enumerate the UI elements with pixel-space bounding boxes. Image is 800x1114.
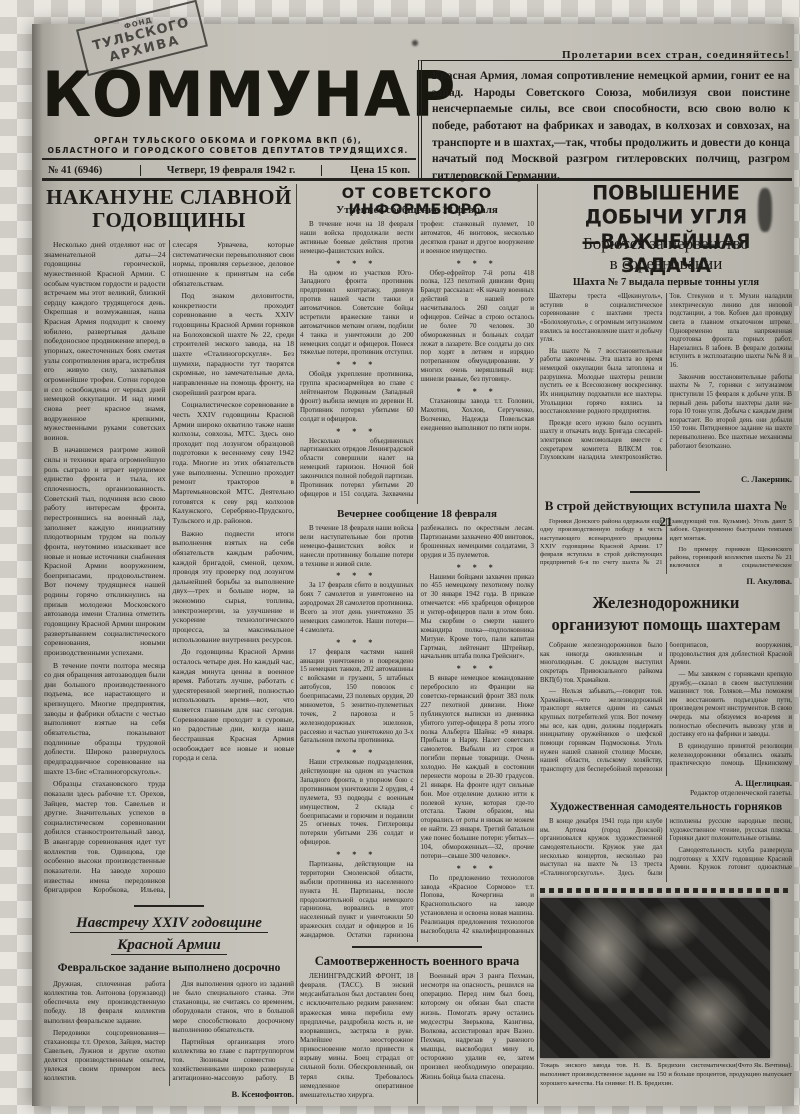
article-body-mine21: Горняки Донского района одержали еще одн… <box>540 518 792 574</box>
paragraph: В течение 18 февраля наши войска вели на… <box>300 524 414 568</box>
issue-date: Четверг, 19 февраля 1942 г. <box>140 165 322 176</box>
article-body-coal: Шахтеры треста «Щекинуголь», вступив в с… <box>540 293 792 471</box>
issue-number: № 41 (6946) <box>42 165 140 176</box>
newspaper-scan-page: { "masthead": { "stamp_line0": "ФОНД", "… <box>0 0 800 1114</box>
article-title-railway: Железнодорожники организуют помощь шахте… <box>540 592 792 636</box>
morning-report-heading: Утреннее сообщение 18 февраля <box>300 204 534 216</box>
title-line: НАКАНУНЕ СЛАВНОЙ <box>44 186 294 209</box>
byline-akulova: П. Акулова. <box>540 576 800 586</box>
kicker-text: Красной Армии <box>111 937 226 955</box>
star-separator: * * * <box>421 387 535 396</box>
paragraph: Для выполнения одного из заданий не было… <box>173 980 295 1035</box>
paragraph: В течение ночи на 18 февраля наши войска… <box>300 220 414 256</box>
star-separator: * * * <box>300 360 414 369</box>
article-title-amateur-art: Художественная самодеятельность горняков <box>540 801 792 813</box>
title-line: ПОВЫШЕНИЕ ДОБЫЧИ УГЛЯ <box>540 182 792 230</box>
kicker-text: Навстречу XXIV годовщине <box>70 915 268 933</box>
byline-ksenofontov: В. Ксенофонтов. <box>44 1089 304 1099</box>
paragraph: За 17 февраля сбито в воздушных боях 7 с… <box>300 581 414 634</box>
paragraph: Военный врач 3 ранга Пехман, несмотря на… <box>421 972 535 1082</box>
paragraph: В начавшемся разгроме живой силы и техни… <box>44 445 166 657</box>
section-rule <box>134 905 204 907</box>
paragraph: На шахте № 7 восстановительные работы за… <box>540 348 663 417</box>
star-separator: * * * <box>300 638 414 647</box>
paragraph: На одном из участков Юго-Западного фронт… <box>300 269 414 358</box>
paragraph: Стахановцы завода т.т. Головин, Махотин,… <box>421 397 535 433</box>
morning-report-body: В течение ночи на 18 февраля наши войска… <box>300 220 534 504</box>
front-page-lead: Красная Армия, ломая сопротивление немец… <box>418 60 792 178</box>
article-body-military-doctor: ЛЕНИНГРАДСКИЙ ФРОНТ, 18 февраля. (ТАСС).… <box>300 972 534 1104</box>
paragraph: Несколько дней отделяют нас от знаменате… <box>44 240 166 442</box>
evening-report-body: В течение 18 февраля наши войска вели на… <box>300 524 534 942</box>
paragraph: ЛЕНИНГРАДСКИЙ ФРОНТ, 18 февраля. (ТАСС).… <box>300 972 414 1100</box>
paragraph: Передовики соцсоревнования—стахановцы т.… <box>44 1029 166 1084</box>
article-body-anniversary: Несколько дней отделяют нас от знаменате… <box>44 240 294 898</box>
star-separator: * * * <box>300 748 414 757</box>
star-separator: * * * <box>300 259 414 268</box>
paragraph: В течение почти полтора месяца со дня об… <box>44 661 166 777</box>
article-body-amateur-art: В конце декабря 1941 года при клубе им. … <box>540 818 792 882</box>
paragraph: Обойдя укрепление противника, группа кра… <box>300 370 414 423</box>
column-divider <box>537 184 538 1104</box>
byline-role: Редактор отделенческой газеты. <box>540 788 796 797</box>
star-separator: * * * <box>300 571 414 580</box>
paragraph: Дружная, сплоченная работа коллектива то… <box>44 980 166 1026</box>
article-body-railway: Собрание железнодорожников было как нико… <box>540 642 792 776</box>
star-separator: * * * <box>300 850 414 859</box>
paragraph: Собрание железнодорожников было как нико… <box>540 642 663 685</box>
evening-report-heading: Вечернее сообщение 18 февраля <box>300 508 534 520</box>
paragraph: 17 февраля частями нашей авиации уничтож… <box>300 648 414 746</box>
column-divider <box>296 184 297 1104</box>
paragraph: Обер-ефрейтор 7-й роты 418 полка, 123 пе… <box>421 269 535 384</box>
issue-info-bar: № 41 (6946) Четверг, 19 февраля 1942 г. … <box>42 158 416 180</box>
star-separator: * * * <box>421 259 535 268</box>
byline-lakernik: С. Лакерник. <box>540 474 800 484</box>
kicker-line: Красной Армии <box>44 937 294 954</box>
article-title-february-task: Февральское задание выполнено досрочно <box>44 962 294 974</box>
article-body-february-task: Дружная, сплоченная работа коллектива то… <box>44 980 294 1086</box>
paragraph: Социалистическое соревнование в честь XX… <box>173 400 295 525</box>
subtitle-line: Борются за первенство <box>540 234 792 254</box>
photo-caption: (Фото Як. Вечтина). Токарь энского завод… <box>540 1062 792 1089</box>
section-rule <box>630 491 700 493</box>
paragraph: Шахтеры треста «Щекинуголь», вступив в с… <box>540 293 663 345</box>
title-line: Железнодорожники <box>540 592 792 614</box>
star-separator: * * * <box>421 864 535 873</box>
kicker-line: Навстречу XXIV годовщине <box>44 915 294 932</box>
photo-worker-at-lathe <box>540 898 770 1058</box>
paragraph: Важно подвести итоги выполнения взятых н… <box>173 529 295 645</box>
issue-price: Цена 15 коп. <box>322 165 416 176</box>
paragraph: Нашими бойцами захвачен приказ по 455 не… <box>421 573 535 662</box>
section-rule <box>352 946 482 948</box>
newspaper-subtitle: ОРГАН ТУЛЬСКОГО ОБКОМА И ГОРКОМА ВКП (б)… <box>40 136 416 156</box>
paragraph: До годовщины Красной Армии осталось четы… <box>173 647 295 763</box>
subtitle-line: ОБЛАСТНОГО И ГОРОДСКОГО СОВЕТОВ ДЕПУТАТО… <box>40 146 416 156</box>
title-line: организуют помощь шахтерам <box>540 614 792 636</box>
paragraph: Закончив восстановительные работы шахты … <box>670 374 793 452</box>
photo-credit: (Фото Як. Вечтина). <box>736 1062 792 1071</box>
wavy-rule <box>540 888 792 893</box>
byline-shcheglitskaya: А. Щеглицкая. <box>540 778 800 788</box>
star-separator: * * * <box>421 563 535 572</box>
article-subhead-mine7: Шахта № 7 выдала первые тонны угля <box>540 277 792 288</box>
star-separator: * * * <box>421 664 535 673</box>
subtitle-line: в соревновании <box>540 254 792 274</box>
article-title-anniversary: НАКАНУНЕ СЛАВНОЙ ГОДОВЩИНЫ <box>44 186 294 232</box>
title-line: ГОДОВЩИНЫ <box>44 209 294 232</box>
subtitle-line: ОРГАН ТУЛЬСКОГО ОБКОМА И ГОРКОМА ВКП (б)… <box>40 136 416 146</box>
paragraph: Под знаком деловитости, конкретности про… <box>173 291 295 397</box>
paragraph: В январе немецкое командование переброси… <box>421 674 535 860</box>
paragraph: Наши стрелковые подразделения, действующ… <box>300 758 414 847</box>
star-separator: * * * <box>300 427 414 436</box>
article-subtitle-coal: Борются за первенство в соревновании <box>540 234 792 274</box>
article-title-military-doctor: Самоотверженность военного врача <box>300 954 534 969</box>
scan-speck <box>412 40 418 46</box>
newspaper-title: КОММУНАР <box>42 57 414 134</box>
paragraph: — Мы завяжем с горняками крепкую дружбу,… <box>670 671 793 740</box>
masthead-rule <box>42 178 792 181</box>
